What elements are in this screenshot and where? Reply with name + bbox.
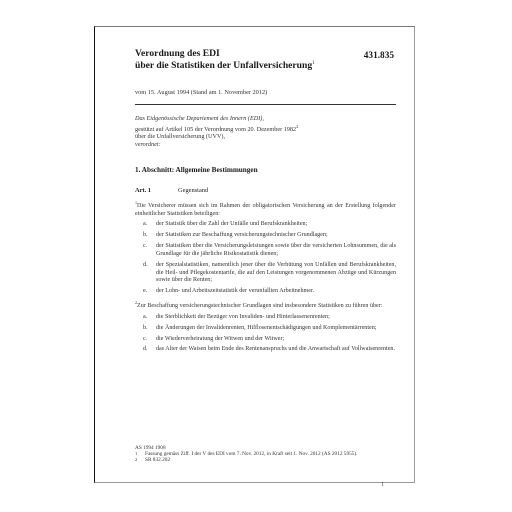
article-number: Art. 1 [135,187,178,194]
article-title: Gegenstand [178,187,208,194]
paragraph-1: 1Die Versicherer müssen sich im Rahmen d… [135,199,396,218]
sr-number: 431.835 [364,51,394,61]
list-item: a.der Statistik über die Zahl der Unfäll… [135,221,396,229]
article-body: 1Die Versicherer müssen sich im Rahmen d… [135,199,396,357]
preamble-line: Das Eidgenössische Departement des Inner… [135,115,396,123]
document-page: Verordnung des EDI über die Statistiken … [94,26,415,483]
title-line-1: Verordnung des EDI [135,49,335,59]
date-line: vom 15. August 1994 (Stand am 1. Novembe… [135,89,267,96]
preamble-line: über die Unfallversicherung (UVV), [135,133,396,141]
document-title: Verordnung des EDI über die Statistiken … [135,49,335,71]
list-item: e.der Lohn- und Arbeitszeitstatistik der… [135,288,396,296]
footnote-ref[interactable]: 2 [296,124,298,129]
list-item: b.der Statistiken zur Beschaffung versic… [135,232,396,240]
list-item: d.der Spezialstatistiken, namentlich jen… [135,262,396,285]
preamble-line: gestützt auf Artikel 105 der Verordnung … [135,123,396,134]
list-item: d.das Alter der Waisen beim Ende des Ren… [135,346,396,354]
title-line-2: über die Statistiken der Unfallversicher… [135,59,335,71]
list-item: a.die Sterblichkeit der Bezüger von Inva… [135,314,396,322]
list-item: c.die Wiederverheiratung der Witwen und … [135,336,396,344]
preamble: Das Eidgenössische Departement des Inner… [135,115,396,148]
list-item: b.die Änderungen der Invalidenrenten, Hi… [135,325,396,333]
footnote: 2SR 832.202 [135,457,396,463]
article-heading: Art. 1Gegenstand [135,187,208,194]
list-paragraph-1: a.der Statistik über die Zahl der Unfäll… [135,221,396,295]
footnote-ref[interactable]: 1 [312,61,315,66]
list-paragraph-2: a.die Sterblichkeit der Bezüger von Inva… [135,314,396,354]
preamble-line: verordnet: [135,141,396,149]
list-item: c.der Statistiken über die Versicherungs… [135,243,396,258]
divider [135,104,396,105]
page-number: 1 [381,482,384,488]
section-heading: 1. Abschnitt: Allgemeine Bestimmungen [135,166,258,174]
paragraph-2: 2Zur Beschaffung versicherungstechnische… [135,299,396,311]
footnotes: AS 1994 1908 1Fassung gemäss Ziff. I der… [135,445,396,463]
